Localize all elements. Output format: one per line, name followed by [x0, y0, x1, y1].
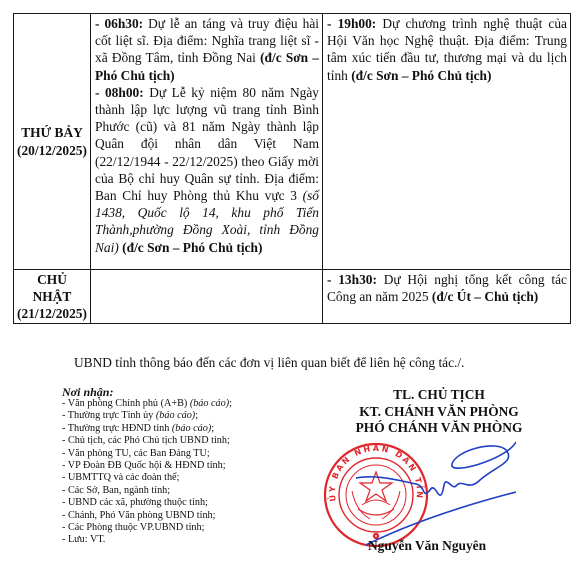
recipients-list: Nơi nhận: - Văn phòng Chính phủ (A+B) (b… — [62, 386, 232, 547]
event-assignee: (đ/c Sơn – Phó Chủ tịch) — [122, 240, 262, 255]
event-assignee: (đ/c Út – Chủ tịch) — [432, 289, 538, 304]
event-assignee: (đ/c Sơn – Phó Chủ tịch) — [351, 68, 491, 83]
event-item: - 19h00: Dự chương trình nghệ thuật của … — [327, 15, 567, 84]
event-text: Dự Lễ kỷ niệm 80 năm Ngày thành lập lực … — [95, 85, 319, 203]
recipient-item: - Văn phòng TU, các Ban Đảng TU; — [62, 448, 232, 460]
signer-name: Nguyễn Văn Nguyên — [368, 538, 486, 554]
recipient-item: - UBND các xã, phường thuộc tỉnh; — [62, 497, 232, 509]
sign-line: PHÓ CHÁNH VĂN PHÒNG — [330, 420, 548, 437]
recipient-item: - UBMTTQ và các đoàn thể; — [62, 472, 232, 484]
sign-line: TL. CHỦ TỊCH — [330, 387, 548, 404]
day-cell: CHỦ NHẬT (21/12/2025) — [14, 270, 91, 324]
schedule-table: THỨ BẢY (20/12/2025) - 06h30: Dự lễ an t… — [13, 13, 571, 324]
recipient-item: - Văn phòng Chính phủ (A+B) (báo cáo); — [62, 398, 232, 410]
afternoon-cell: - 19h00: Dự chương trình nghệ thuật của … — [323, 14, 571, 270]
event-item: - 13h30: Dự Hội nghị tổng kết công tác C… — [327, 271, 567, 305]
day-label: NHẬT — [16, 288, 88, 305]
table-row: THỨ BẢY (20/12/2025) - 06h30: Dự lễ an t… — [14, 14, 571, 270]
recipient-item: - Thường trực Tỉnh ủy (báo cáo); — [62, 410, 232, 422]
event-item: - 08h00: Dự Lễ kỷ niệm 80 năm Ngày thành… — [95, 84, 319, 256]
day-date: (21/12/2025) — [16, 305, 88, 322]
handwritten-signature-icon — [356, 440, 516, 550]
recipient-item: - Các Sở, Ban, ngành tỉnh; — [62, 485, 232, 497]
recipients-title: Nơi nhận: — [62, 386, 232, 398]
day-label: THỨ BẢY — [16, 124, 88, 141]
afternoon-cell: - 13h30: Dự Hội nghị tổng kết công tác C… — [323, 270, 571, 324]
morning-cell: - 06h30: Dự lễ an táng và truy điệu hài … — [91, 14, 323, 270]
recipient-item: - Thường trực HĐND tỉnh (báo cáo); — [62, 423, 232, 435]
event-time: - 13h30: — [327, 272, 377, 287]
event-item: - 06h30: Dự lễ an táng và truy điệu hài … — [95, 15, 319, 84]
event-time: - 06h30: — [95, 16, 143, 31]
event-time: - 08h00: — [95, 85, 144, 100]
recipient-item: - Lưu: VT. — [62, 534, 232, 546]
signature-block-title: TL. CHỦ TỊCH KT. CHÁNH VĂN PHÒNG PHÓ CHÁ… — [330, 387, 548, 437]
recipient-item: - Các Phòng thuộc VP.UBND tỉnh; — [62, 522, 232, 534]
recipient-item: - Chủ tịch, các Phó Chủ tịch UBND tỉnh; — [62, 435, 232, 447]
day-label: CHỦ — [16, 271, 88, 288]
notice-text: UBND tỉnh thông báo đến các đơn vị liên … — [74, 355, 464, 371]
recipient-item: - VP Đoàn ĐB Quốc hội & HĐND tỉnh; — [62, 460, 232, 472]
recipient-item: - Chánh, Phó Văn phòng UBND tỉnh; — [62, 510, 232, 522]
table-row: CHỦ NHẬT (21/12/2025) - 13h30: Dự Hội ng… — [14, 270, 571, 324]
sign-line: KT. CHÁNH VĂN PHÒNG — [330, 404, 548, 421]
morning-cell — [91, 270, 323, 324]
day-cell: THỨ BẢY (20/12/2025) — [14, 14, 91, 270]
event-time: - 19h00: — [327, 16, 376, 31]
day-date: (20/12/2025) — [16, 142, 88, 159]
